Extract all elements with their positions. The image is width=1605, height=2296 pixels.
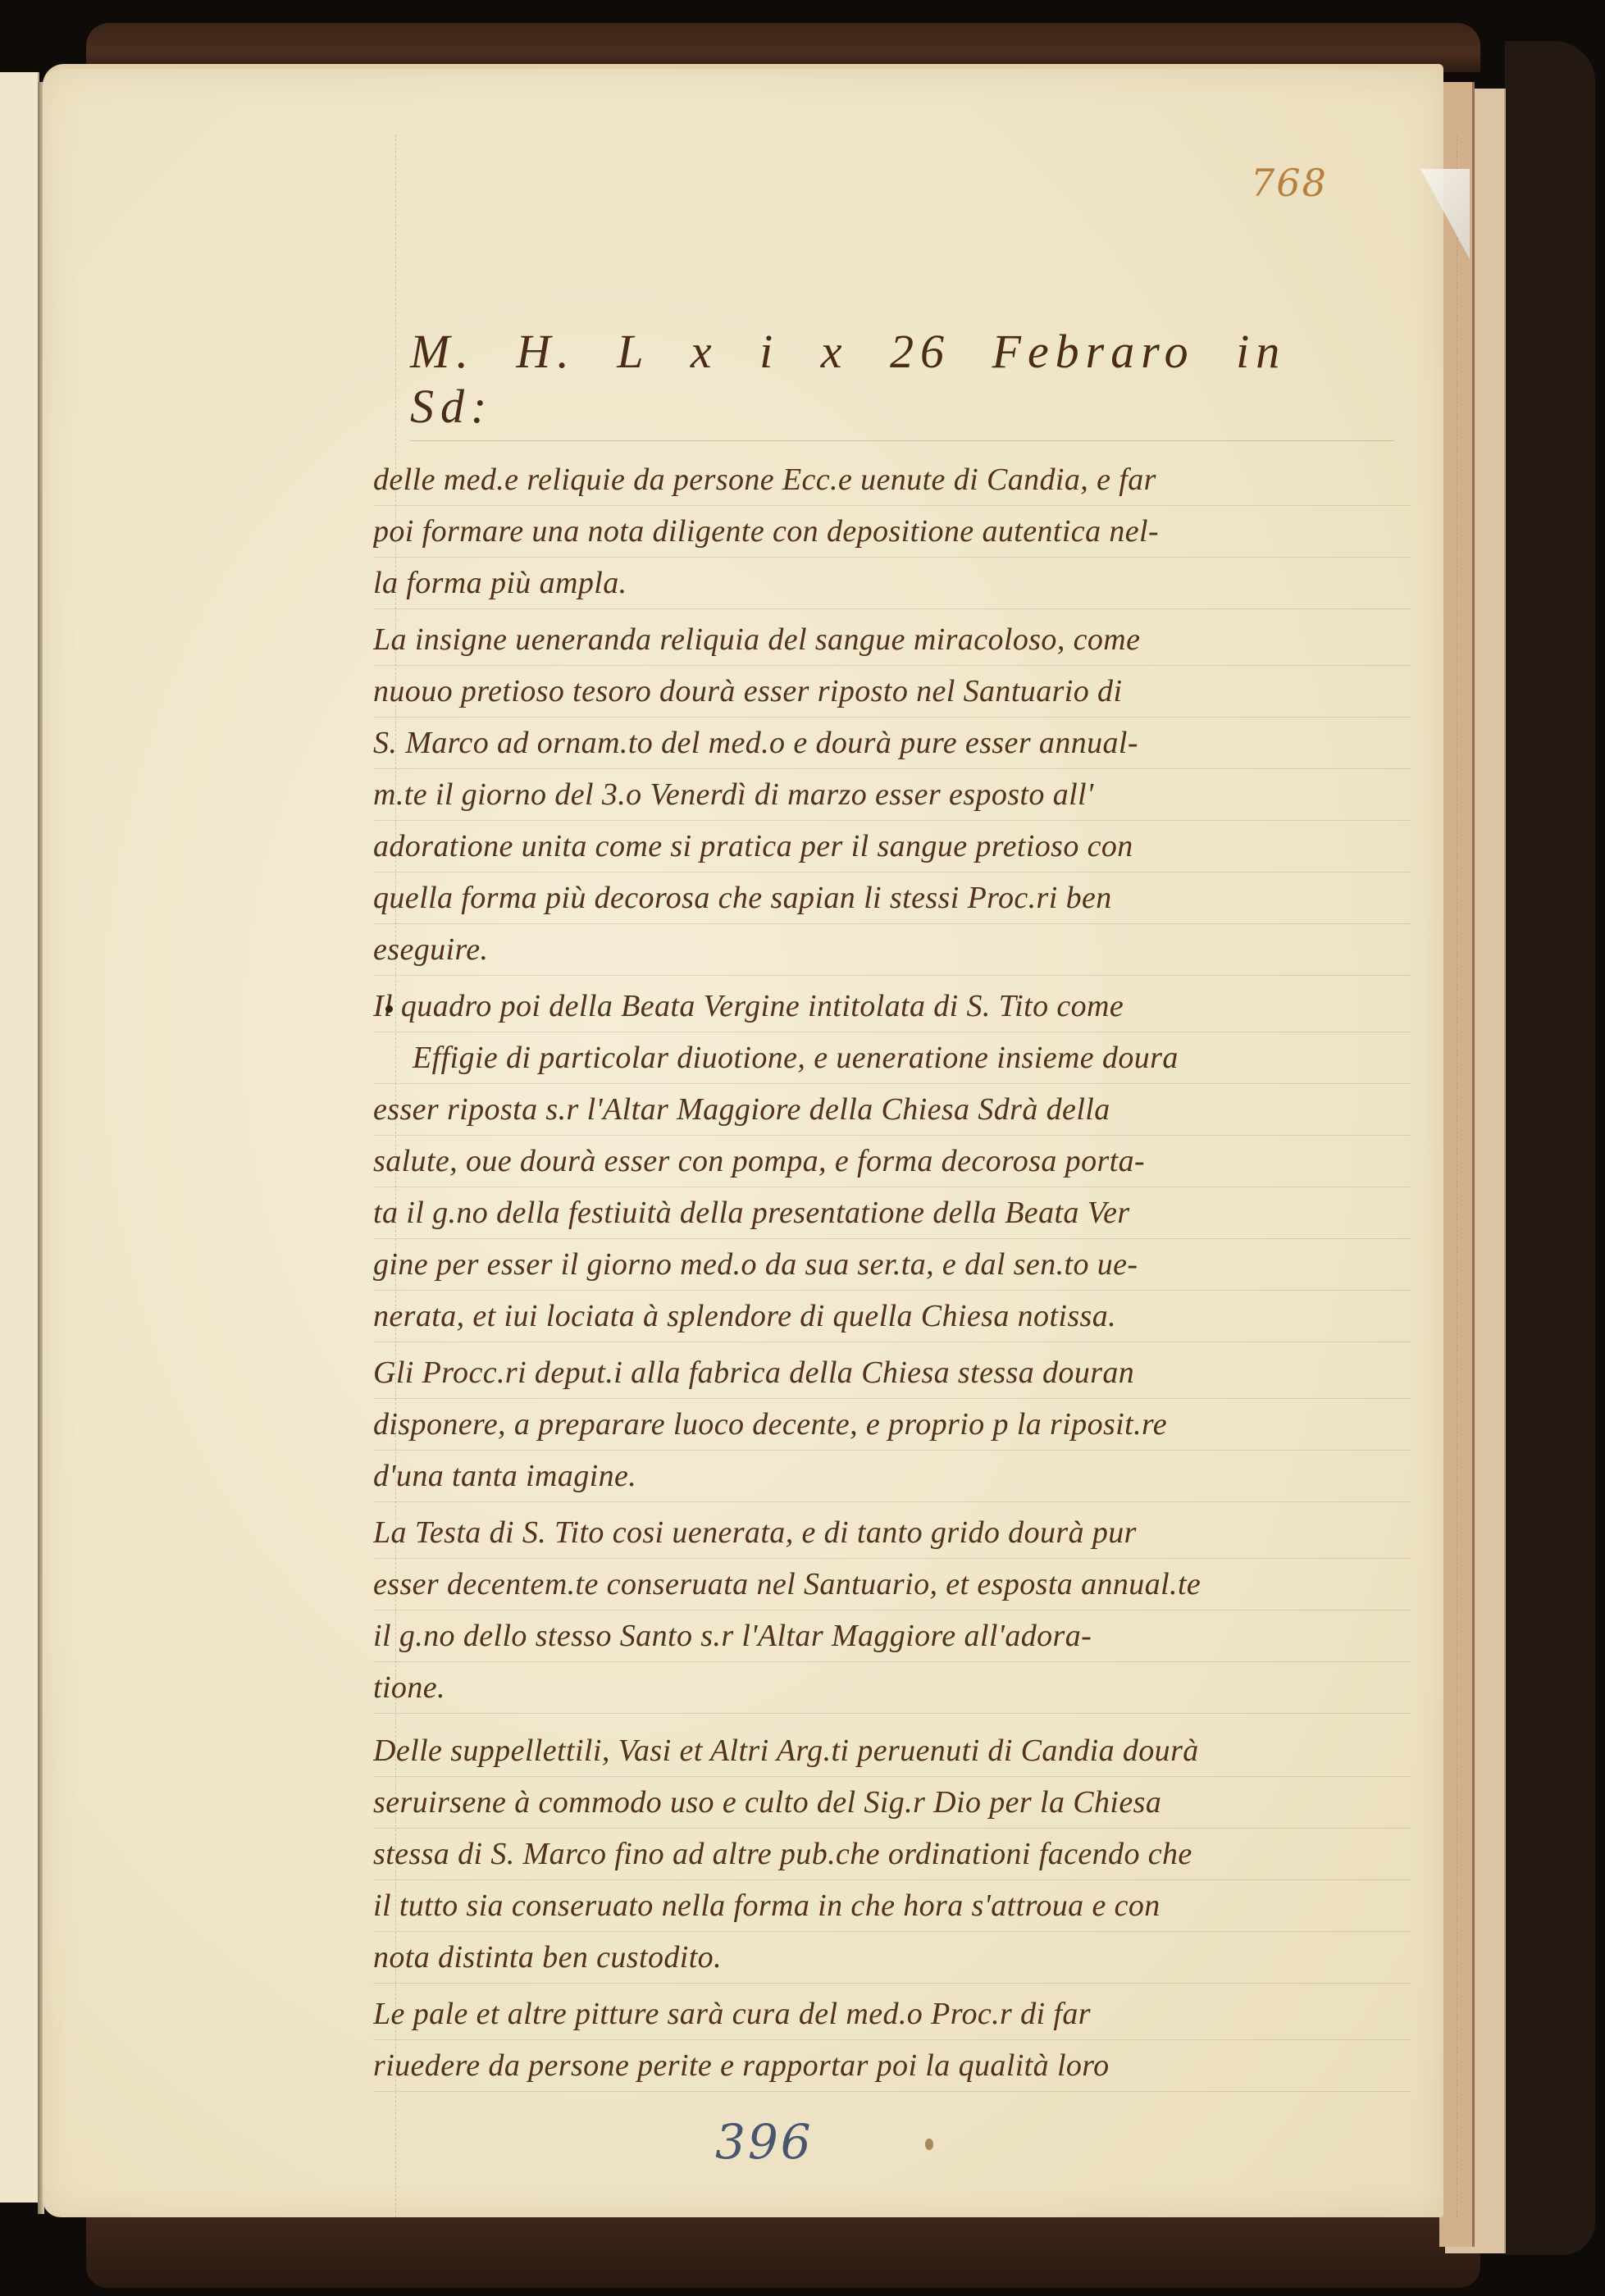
leather-binding-right: [1505, 41, 1595, 2255]
manuscript-line: La Testa di S. Tito cosi uenerata, e di …: [373, 1507, 1411, 1559]
manuscript-line: ta il g.no della festiuità della present…: [373, 1187, 1411, 1239]
manuscript-line: Le pale et altre pitture sarà cura del m…: [373, 1988, 1411, 2040]
leather-binding-bottom: [86, 2214, 1480, 2288]
ruled-margin-right: [1457, 134, 1458, 2217]
manuscript-line: gine per esser il giorno med.o da sua se…: [373, 1239, 1411, 1291]
manuscript-line: Delle suppellettili, Vasi et Altri Arg.t…: [373, 1725, 1411, 1777]
manuscript-line: esser decentem.te conseruata nel Santuar…: [373, 1559, 1411, 1610]
manuscript-line: tione.: [373, 1662, 1411, 1714]
manuscript-line: quella forma più decorosa che sapian li …: [373, 872, 1411, 924]
manuscript-line: la forma più ampla.: [373, 558, 1411, 609]
manuscript-line: il g.no dello stesso Santo s.r l'Altar M…: [373, 1610, 1411, 1662]
manuscript-line: delle med.e reliquie da persone Ecc.e ue…: [373, 454, 1411, 506]
manuscript-line: il tutto sia conseruato nella forma in c…: [373, 1880, 1411, 1932]
manuscript-line: eseguire.: [373, 924, 1411, 976]
manuscript-line: stessa di S. Marco fino ad altre pub.che…: [373, 1829, 1411, 1880]
manuscript-line: salute, oue dourà esser con pompa, e for…: [373, 1136, 1411, 1187]
manuscript-line: adoratione unita come si pratica per il …: [373, 821, 1411, 872]
manuscript-line: Effigie di particolar diuotione, e uener…: [373, 1032, 1411, 1084]
manuscript-line: riuedere da persone perite e rapportar p…: [373, 2040, 1411, 2092]
ink-spot: [925, 2139, 933, 2150]
manuscript-line: disponere, a preparare luoco decente, e …: [373, 1399, 1411, 1451]
manuscript-line: nerata, et iui lociata à splendore di qu…: [373, 1291, 1411, 1342]
date-heading: M. H. L x i x 26 Febraro in Sd:: [410, 324, 1394, 441]
manuscript-line: nuouo pretioso tesoro dourà esser ripost…: [373, 666, 1411, 717]
manuscript-line: seruirsene à commodo uso e culto del Sig…: [373, 1777, 1411, 1829]
manuscript-body: delle med.e reliquie da persone Ecc.e ue…: [373, 449, 1411, 2092]
manuscript-line: d'una tanta imagine.: [373, 1451, 1411, 1502]
manuscript-line: Il quadro poi della Beata Vergine intito…: [373, 981, 1411, 1032]
folio-number: 768: [1251, 161, 1328, 205]
archive-stamp-number: 396: [715, 2114, 814, 2170]
manuscript-line: poi formare una nota diligente con depos…: [373, 506, 1411, 558]
manuscript-line: Gli Procc.ri deput.i alla fabrica della …: [373, 1347, 1411, 1399]
manuscript-line: La insigne ueneranda reliquia del sangue…: [373, 614, 1411, 666]
manuscript-line: m.te il giorno del 3.o Venerdì di marzo …: [373, 769, 1411, 821]
manuscript-line: S. Marco ad ornam.to del med.o e dourà p…: [373, 717, 1411, 769]
manuscript-line: esser riposta s.r l'Altar Maggiore della…: [373, 1084, 1411, 1136]
previous-page-edge: [0, 72, 39, 2203]
ink-spot: [385, 1005, 393, 1013]
manuscript-line: nota distinta ben custodito.: [373, 1932, 1411, 1984]
